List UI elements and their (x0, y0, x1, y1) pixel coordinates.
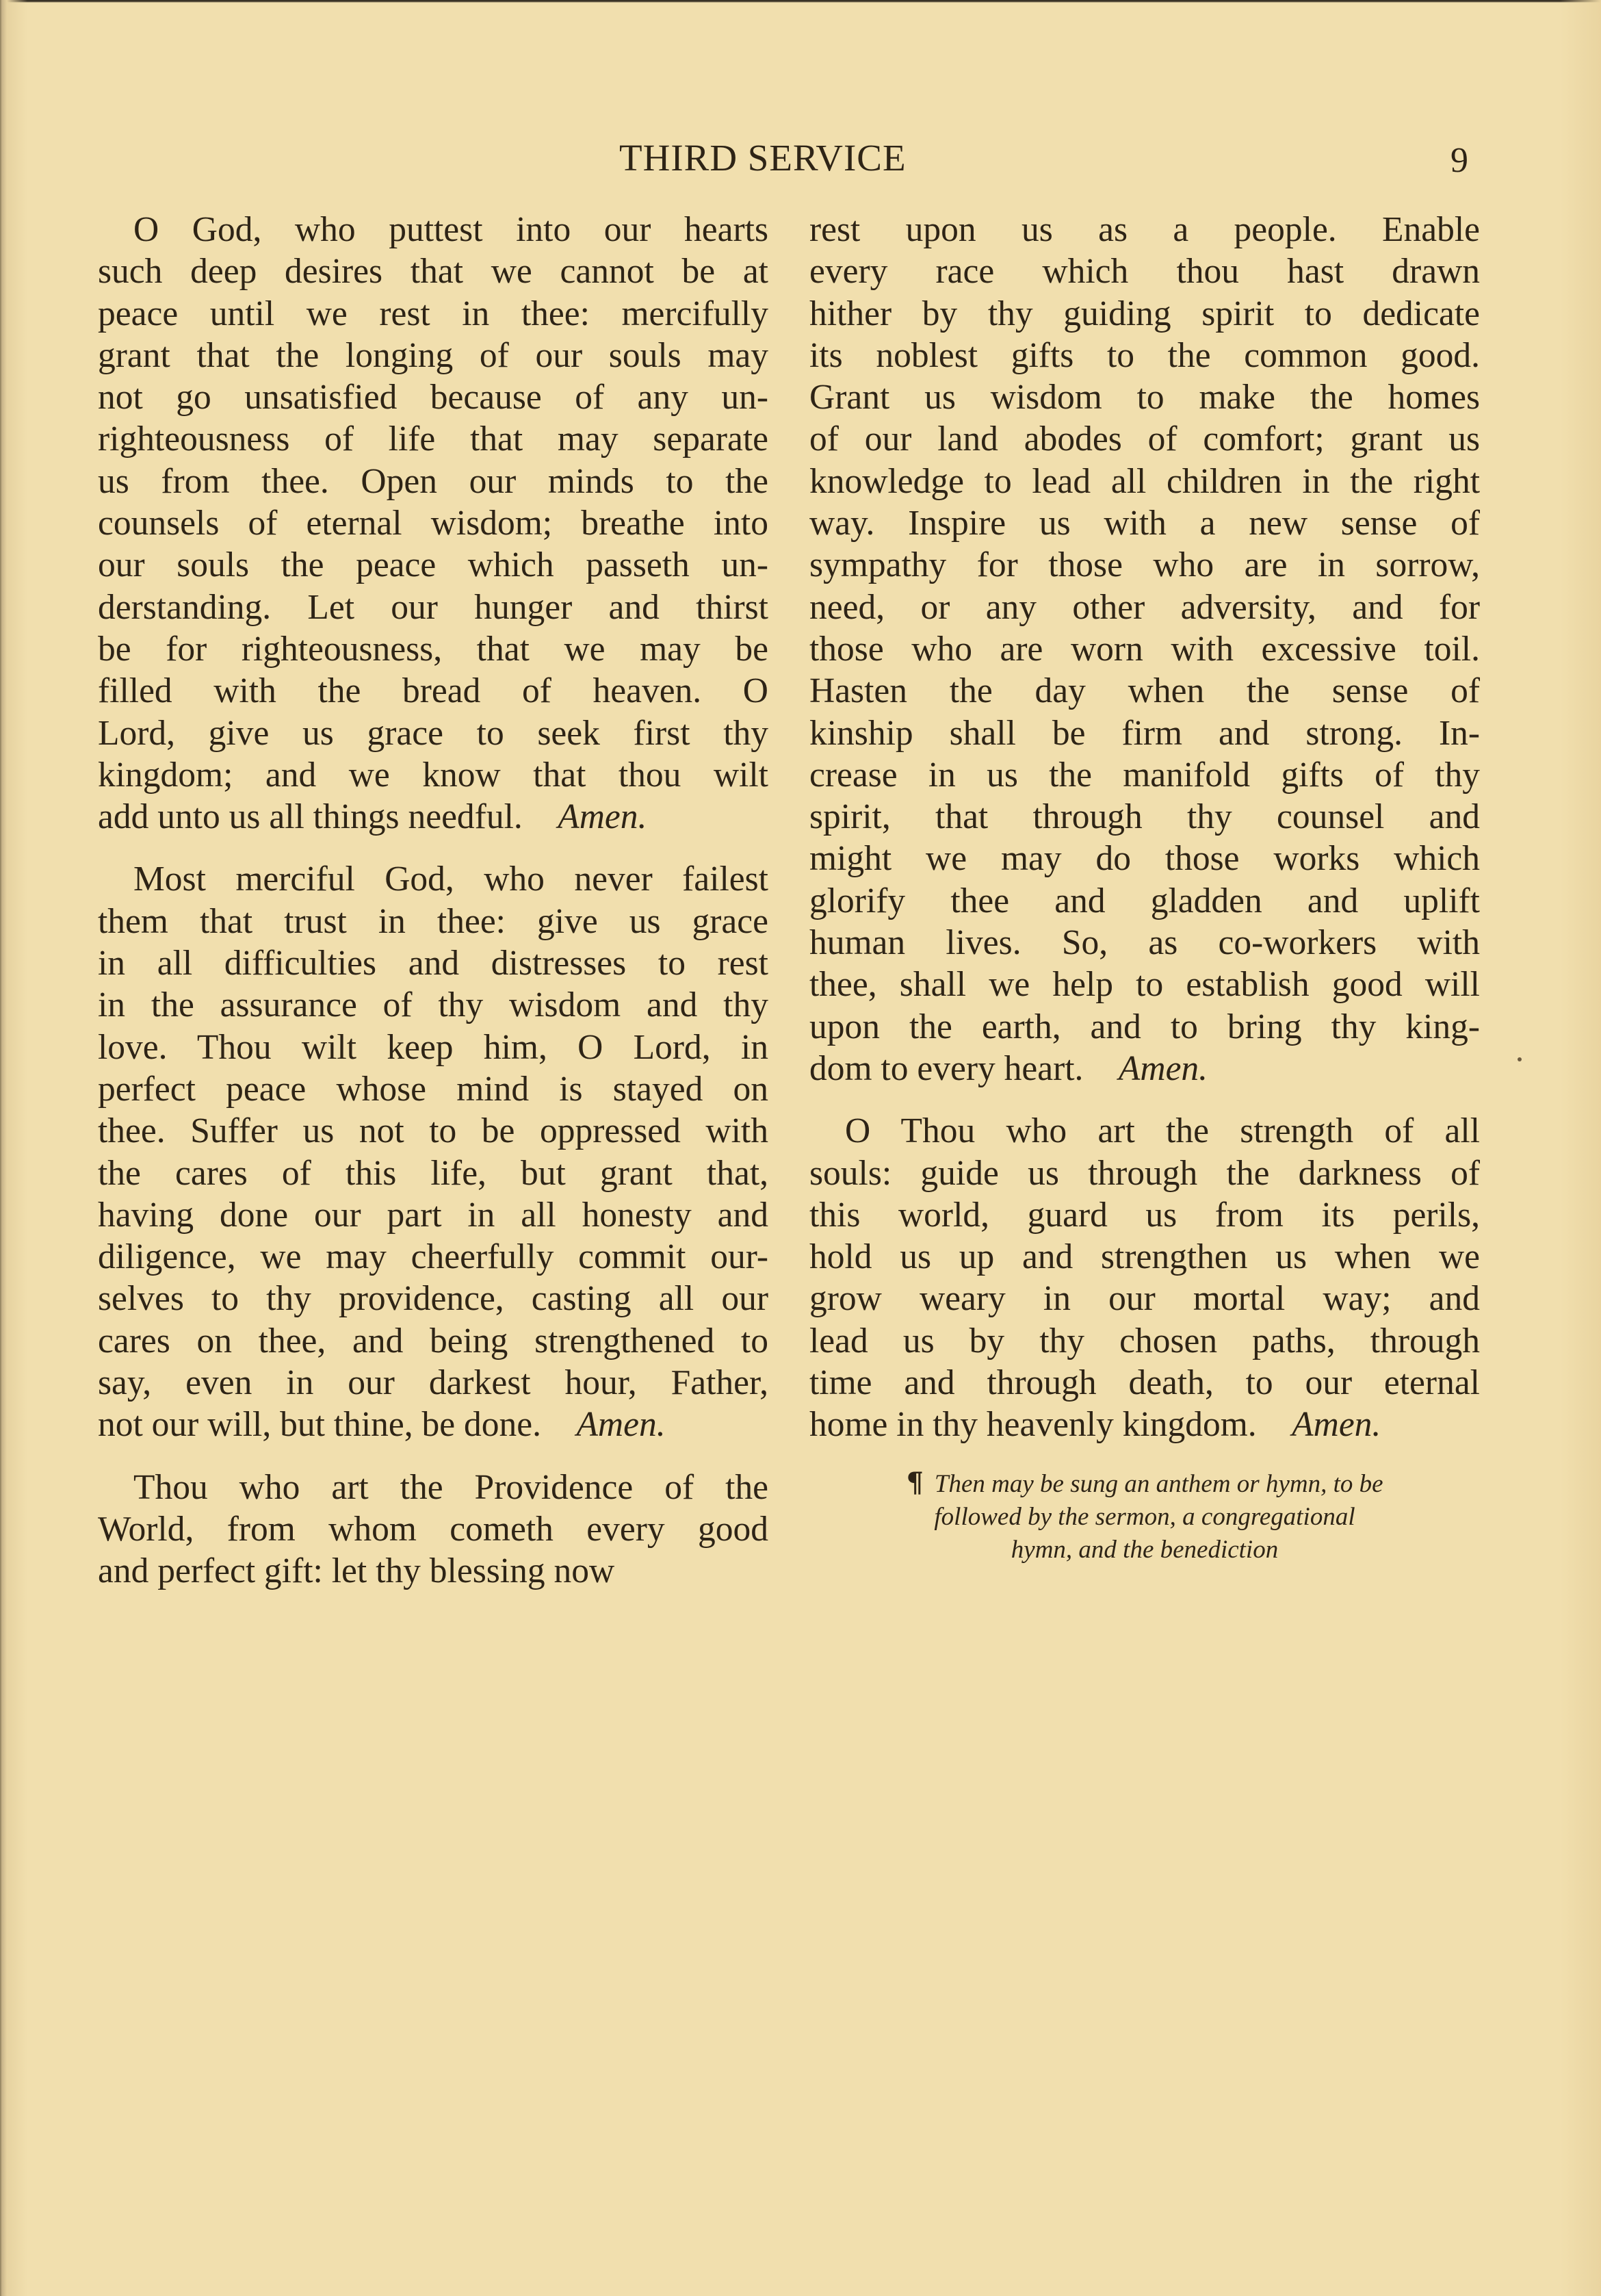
text-line: be for righteousness, that we may be (98, 628, 768, 670)
text-line: Lord, give us grace to seek first thy (98, 712, 768, 754)
text-line: them that trust in thee: give us grace (98, 901, 768, 942)
text-line: derstanding. Let our hunger and thirst (98, 586, 768, 628)
text-line: Grant us wisdom to make the homes (809, 376, 1480, 418)
line-text: derstanding. Let our hunger and thirst (98, 588, 768, 627)
prayer-paragraph: O Thou who art the strength of allsouls:… (809, 1110, 1480, 1445)
prayer-paragraph: rest upon us as a people. Enableevery ra… (809, 209, 1480, 1089)
line-text: knowledge to lead all children in the ri… (809, 462, 1480, 501)
text-line: knowledge to lead all children in the ri… (809, 461, 1480, 502)
line-text: peace until we rest in thee: mercifully (98, 294, 768, 333)
text-line: diligence, we may cheerfully commit our- (98, 1236, 768, 1278)
line-text: grow weary in our mortal way; and (809, 1279, 1480, 1318)
line-text: souls: guide us through the darkness of (809, 1154, 1480, 1193)
text-line: Hasten the day when the sense of (809, 670, 1480, 712)
line-text: way. Inspire us with a new sense of (809, 504, 1480, 543)
text-line: add unto us all things needful. Amen. (98, 796, 768, 838)
running-title: THIRD SERVICE (619, 134, 907, 182)
text-line: lead us by thy chosen paths, through (809, 1320, 1480, 1362)
text-line: those who are worn with excessive toil. (809, 628, 1480, 670)
right-column: rest upon us as a people. Enableevery ra… (809, 209, 1480, 1566)
text-line: rest upon us as a people. Enable (809, 209, 1480, 250)
line-text: filled with the bread of heaven. O (98, 671, 768, 710)
line-text: our souls the peace which passeth un- (98, 545, 768, 584)
line-text: righteousness of life that may separate (98, 420, 768, 459)
line-text: Grant us wisdom to make the homes (809, 378, 1480, 417)
line-text: kinship shall be firm and strong. In- (809, 714, 1480, 753)
text-line: every race which thou hast drawn (809, 250, 1480, 292)
text-line: say, even in our darkest hour, Father, (98, 1362, 768, 1404)
text-line: in all difficulties and distresses to re… (98, 942, 768, 984)
line-text: glorify thee and gladden and uplift (809, 881, 1480, 920)
rubric-line: ¶Then may be sung an anthem or hymn, to … (809, 1467, 1480, 1501)
text-line: kingdom; and we know that thou wilt (98, 754, 768, 796)
line-text: thee, shall we help to establish good wi… (809, 965, 1480, 1004)
text-line: way. Inspire us with a new sense of (809, 502, 1480, 544)
line-text: spirit, that through thy counsel and (809, 797, 1480, 836)
text-line: kinship shall be firm and strong. In- (809, 712, 1480, 754)
text-line: of our land abodes of comfort; grant us (809, 418, 1480, 460)
line-text: be for righteousness, that we may be (98, 630, 768, 669)
line-text: human lives. So, as co-workers with (809, 923, 1480, 962)
line-text: add unto us all things needful. (98, 797, 523, 836)
text-line: home in thy heavenly kingdom. Amen. (809, 1404, 1480, 1445)
line-text: not our will, but thine, be done. (98, 1405, 541, 1444)
text-line: Most merciful God, who never failest (98, 858, 768, 900)
text-line: its noblest gifts to the common good. (809, 335, 1480, 376)
line-text: time and through death, to our eternal (809, 1363, 1480, 1402)
amen-text: Amen. (1119, 1049, 1208, 1088)
line-text: home in thy heavenly kingdom. (809, 1405, 1257, 1444)
line-text: selves to thy providence, casting all ou… (98, 1279, 768, 1318)
text-line: hold us up and strengthen us when we (809, 1236, 1480, 1278)
line-text: kingdom; and we know that thou wilt (98, 756, 768, 795)
line-text: Most merciful God, who never failest (133, 860, 768, 899)
text-line: souls: guide us through the darkness of (809, 1152, 1480, 1194)
text-line: grant that the longing of our souls may (98, 335, 768, 376)
text-line: our souls the peace which passeth un- (98, 544, 768, 586)
page-number: 9 (1450, 137, 1468, 185)
text-line: counsels of eternal wisdom; breathe into (98, 502, 768, 544)
line-text: O God, who puttest into our hearts (133, 210, 768, 249)
text-line: glorify thee and gladden and uplift (809, 880, 1480, 922)
text-line: World, from whom cometh every good (98, 1508, 768, 1550)
left-column: O God, who puttest into our heartssuch d… (98, 209, 768, 1613)
line-text: them that trust in thee: give us grace (98, 902, 768, 941)
text-line: Thou who art the Providence of the (98, 1467, 768, 1508)
prayer-paragraph: Most merciful God, who never failestthem… (98, 858, 768, 1445)
rubric-line: followed by the sermon, a congregational (809, 1501, 1480, 1534)
text-line: thee. Suffer us not to be oppressed with (98, 1110, 768, 1152)
text-line: having done our part in all honesty and (98, 1194, 768, 1236)
text-line: O God, who puttest into our hearts (98, 209, 768, 250)
text-line: in the assurance of thy wisdom and thy (98, 984, 768, 1026)
text-line: and perfect gift: let thy blessing now (98, 1550, 768, 1592)
text-line: not go unsatisfied because of any un- (98, 376, 768, 418)
line-text: World, from whom cometh every good (98, 1510, 768, 1549)
line-text: Lord, give us grace to seek first thy (98, 714, 768, 753)
text-line: thee, shall we help to establish good wi… (809, 964, 1480, 1005)
text-line: hither by thy guiding spirit to dedicate (809, 293, 1480, 335)
text-line: might we may do those works which (809, 838, 1480, 879)
line-text: love. Thou wilt keep him, O Lord, in (98, 1028, 768, 1067)
rubric-line: hymn, and the benediction (809, 1534, 1480, 1566)
amen-text: Amen. (576, 1405, 665, 1444)
line-text: upon the earth, and to bring thy king- (809, 1007, 1480, 1046)
text-line: love. Thou wilt keep him, O Lord, in (98, 1027, 768, 1068)
paper-speck (1518, 1057, 1522, 1061)
line-text: say, even in our darkest hour, Father, (98, 1363, 768, 1402)
text-line: need, or any other adversity, and for (809, 586, 1480, 628)
line-text: grant that the longing of our souls may (98, 336, 768, 375)
text-line: upon the earth, and to bring thy king- (809, 1006, 1480, 1048)
line-text: its noblest gifts to the common good. (809, 336, 1480, 375)
line-text: might we may do those works which (809, 839, 1480, 878)
amen-text: Amen. (558, 797, 647, 836)
line-text: crease in us the manifold gifts of thy (809, 756, 1480, 795)
line-text: this world, guard us from its perils, (809, 1196, 1480, 1235)
line-text: of our land abodes of comfort; grant us (809, 420, 1480, 459)
line-text: Thou who art the Providence of the (133, 1468, 768, 1507)
text-line: sympathy for those who are in sorrow, (809, 544, 1480, 586)
text-line: perfect peace whose mind is stayed on (98, 1068, 768, 1110)
text-line: time and through death, to our eternal (809, 1362, 1480, 1404)
prayer-paragraph: O God, who puttest into our heartssuch d… (98, 209, 768, 838)
text-line: this world, guard us from its perils, (809, 1194, 1480, 1236)
rubric-instruction: ¶Then may be sung an anthem or hymn, to … (809, 1467, 1480, 1566)
line-text: having done our part in all honesty and (98, 1196, 768, 1235)
rubric-text: Then may be sung an anthem or hymn, to b… (935, 1470, 1383, 1498)
line-text: rest upon us as a people. Enable (809, 210, 1480, 249)
amen-text: Amen. (1292, 1405, 1381, 1444)
line-text: not go unsatisfied because of any un- (98, 378, 768, 417)
line-text: us from thee. Open our minds to the (98, 462, 768, 501)
line-text: lead us by thy chosen paths, through (809, 1321, 1480, 1360)
prayer-paragraph: Thou who art the Providence of theWorld,… (98, 1467, 768, 1592)
text-line: O Thou who art the strength of all (809, 1110, 1480, 1152)
line-text: Hasten the day when the sense of (809, 671, 1480, 710)
text-line: human lives. So, as co-workers with (809, 922, 1480, 964)
text-line: righteousness of life that may separate (98, 418, 768, 460)
line-text: every race which thou hast drawn (809, 252, 1480, 291)
line-text: perfect peace whose mind is stayed on (98, 1070, 768, 1109)
line-text: hither by thy guiding spirit to dedicate (809, 294, 1480, 333)
line-text: cares on thee, and being strengthened to (98, 1321, 768, 1360)
text-line: not our will, but thine, be done. Amen. (98, 1404, 768, 1445)
line-text: hold us up and strengthen us when we (809, 1237, 1480, 1276)
text-line: filled with the bread of heaven. O (98, 670, 768, 712)
line-text: such deep desires that we cannot be at (98, 252, 768, 291)
line-text: thee. Suffer us not to be oppressed with (98, 1111, 768, 1150)
line-text: in all difficulties and distresses to re… (98, 944, 768, 983)
line-text: need, or any other adversity, and for (809, 588, 1480, 627)
text-line: dom to every heart. Amen. (809, 1048, 1480, 1089)
text-line: peace until we rest in thee: mercifully (98, 293, 768, 335)
text-line: crease in us the manifold gifts of thy (809, 754, 1480, 796)
page-header: THIRD SERVICE 9 (0, 134, 1601, 182)
text-line: spirit, that through thy counsel and (809, 796, 1480, 838)
pilcrow-icon: ¶ (906, 1467, 923, 1499)
line-text: dom to every heart. (809, 1049, 1083, 1088)
line-text: sympathy for those who are in sorrow, (809, 545, 1480, 584)
text-line: the cares of this life, but grant that, (98, 1152, 768, 1194)
line-text: O Thou who art the strength of all (845, 1111, 1480, 1150)
text-line: such deep desires that we cannot be at (98, 250, 768, 292)
line-text: in the assurance of thy wisdom and thy (98, 985, 768, 1024)
text-line: us from thee. Open our minds to the (98, 461, 768, 502)
text-line: selves to thy providence, casting all ou… (98, 1278, 768, 1319)
text-line: cares on thee, and being strengthened to (98, 1320, 768, 1362)
line-text: counsels of eternal wisdom; breathe into (98, 504, 768, 543)
line-text: the cares of this life, but grant that, (98, 1154, 768, 1193)
line-text: those who are worn with excessive toil. (809, 630, 1480, 669)
line-text: diligence, we may cheerfully commit our- (98, 1237, 768, 1276)
text-line: grow weary in our mortal way; and (809, 1278, 1480, 1319)
line-text: and perfect gift: let thy blessing now (98, 1551, 614, 1590)
